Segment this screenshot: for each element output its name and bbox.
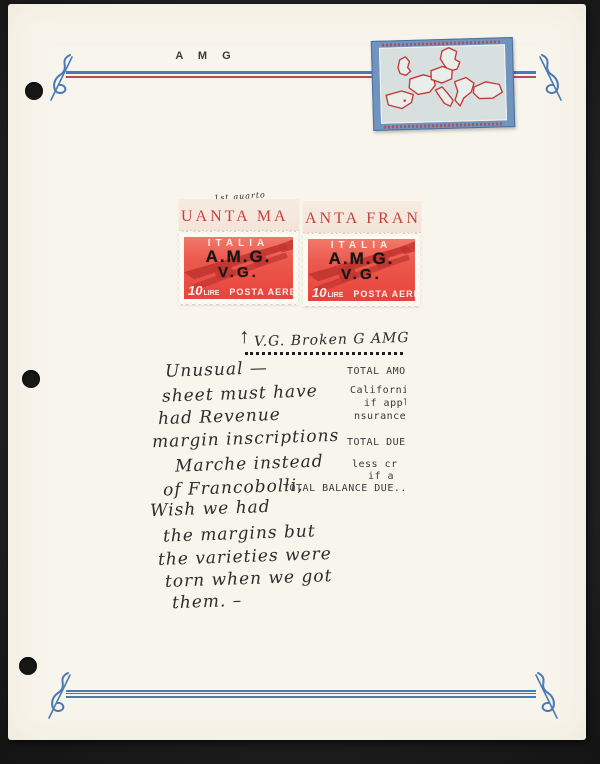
stamp-left-face: ITALIA A.M.G. V.G. 10 LIRE POSTA AEREA xyxy=(184,237,293,299)
denomination-unit: LIRE xyxy=(327,292,343,299)
bottom-rule-blue-upper xyxy=(66,690,536,692)
overprint-amg: A.M.G. xyxy=(308,250,415,267)
stamp-left: UANTA MA ITALIA A.M.G. V.G. xyxy=(179,199,299,304)
handwritten-line: Unusual — xyxy=(165,358,269,382)
overprint-vg: V.G. xyxy=(184,265,293,280)
typed-line: TOTAL BALANCE DUE.... xyxy=(283,483,406,494)
typed-line: TOTAL DUE xyxy=(347,437,406,448)
handwritten-line: Wish we had xyxy=(150,497,271,521)
stamp-overprint: A.M.G. V.G. xyxy=(308,250,415,282)
stamp-right-selvage-text: ANTA FRAN xyxy=(303,201,421,234)
up-arrow-icon: ↑ xyxy=(239,325,250,349)
typed-line: nsurance xyxy=(354,411,406,422)
bottom-rule-red xyxy=(66,693,536,694)
service-label: POSTA AEREA xyxy=(353,289,415,299)
punch-hole-bottom xyxy=(19,657,37,675)
typed-line: less cr xyxy=(352,459,398,470)
stamp-right: ANTA FRAN ITALIA A.M.G. V.G. xyxy=(303,201,421,306)
photo-background: { "header": { "title": "A M G" }, "map":… xyxy=(0,0,600,764)
handwritten-line: had Revenue xyxy=(158,405,281,429)
overprint-vg: V.G. xyxy=(308,267,415,282)
handwritten-line: torn when we got xyxy=(165,566,333,592)
flourish-icon xyxy=(532,670,562,722)
typed-line: Californi xyxy=(350,385,406,396)
stamp-denomination-row: 10 LIRE POSTA AEREA xyxy=(188,283,289,298)
flourish-icon xyxy=(44,670,74,722)
punch-hole-top xyxy=(25,82,43,100)
denomination-value: 10 xyxy=(188,283,202,298)
denomination-unit: LIRE xyxy=(203,290,219,297)
flourish-icon xyxy=(536,52,566,104)
typed-line: if appli xyxy=(364,398,406,409)
europe-map xyxy=(371,37,515,131)
bottom-rule-blue-lower xyxy=(66,696,536,698)
punch-hole-middle xyxy=(22,370,40,388)
stamp-denomination-row: 10 LIRE POSTA AEREA xyxy=(312,285,411,300)
page-title: A M G xyxy=(158,50,254,62)
dotted-underline xyxy=(245,351,403,355)
denomination-value: 10 xyxy=(312,285,326,300)
album-page: A M G xyxy=(8,4,586,740)
typed-line: if a xyxy=(368,471,394,482)
overprint-amg: A.M.G. xyxy=(184,248,293,265)
stamp-left-selvage-text: UANTA MA xyxy=(179,199,299,232)
stamp-right-body: ITALIA A.M.G. V.G. 10 LIRE POSTA AEREA xyxy=(303,234,420,306)
stamp-overprint: A.M.G. V.G. xyxy=(184,248,293,280)
flourish-icon xyxy=(46,52,76,104)
typed-fragment: TOTAL AMO Californi if appli nsurance TO… xyxy=(283,362,406,498)
service-label: POSTA AEREA xyxy=(229,287,293,297)
annotation-heading: V.G. Broken G AMG xyxy=(254,330,410,350)
handwritten-line: them. – xyxy=(172,591,243,613)
typed-line: TOTAL AMO xyxy=(347,366,406,377)
stamp-right-face: ITALIA A.M.G. V.G. 10 LIRE POSTA AEREA xyxy=(308,239,415,301)
handwritten-line: the margins but xyxy=(163,521,316,546)
stamp-left-body: ITALIA A.M.G. V.G. 10 LIRE POSTA AEREA xyxy=(179,232,298,304)
europe-map-image xyxy=(379,44,507,123)
